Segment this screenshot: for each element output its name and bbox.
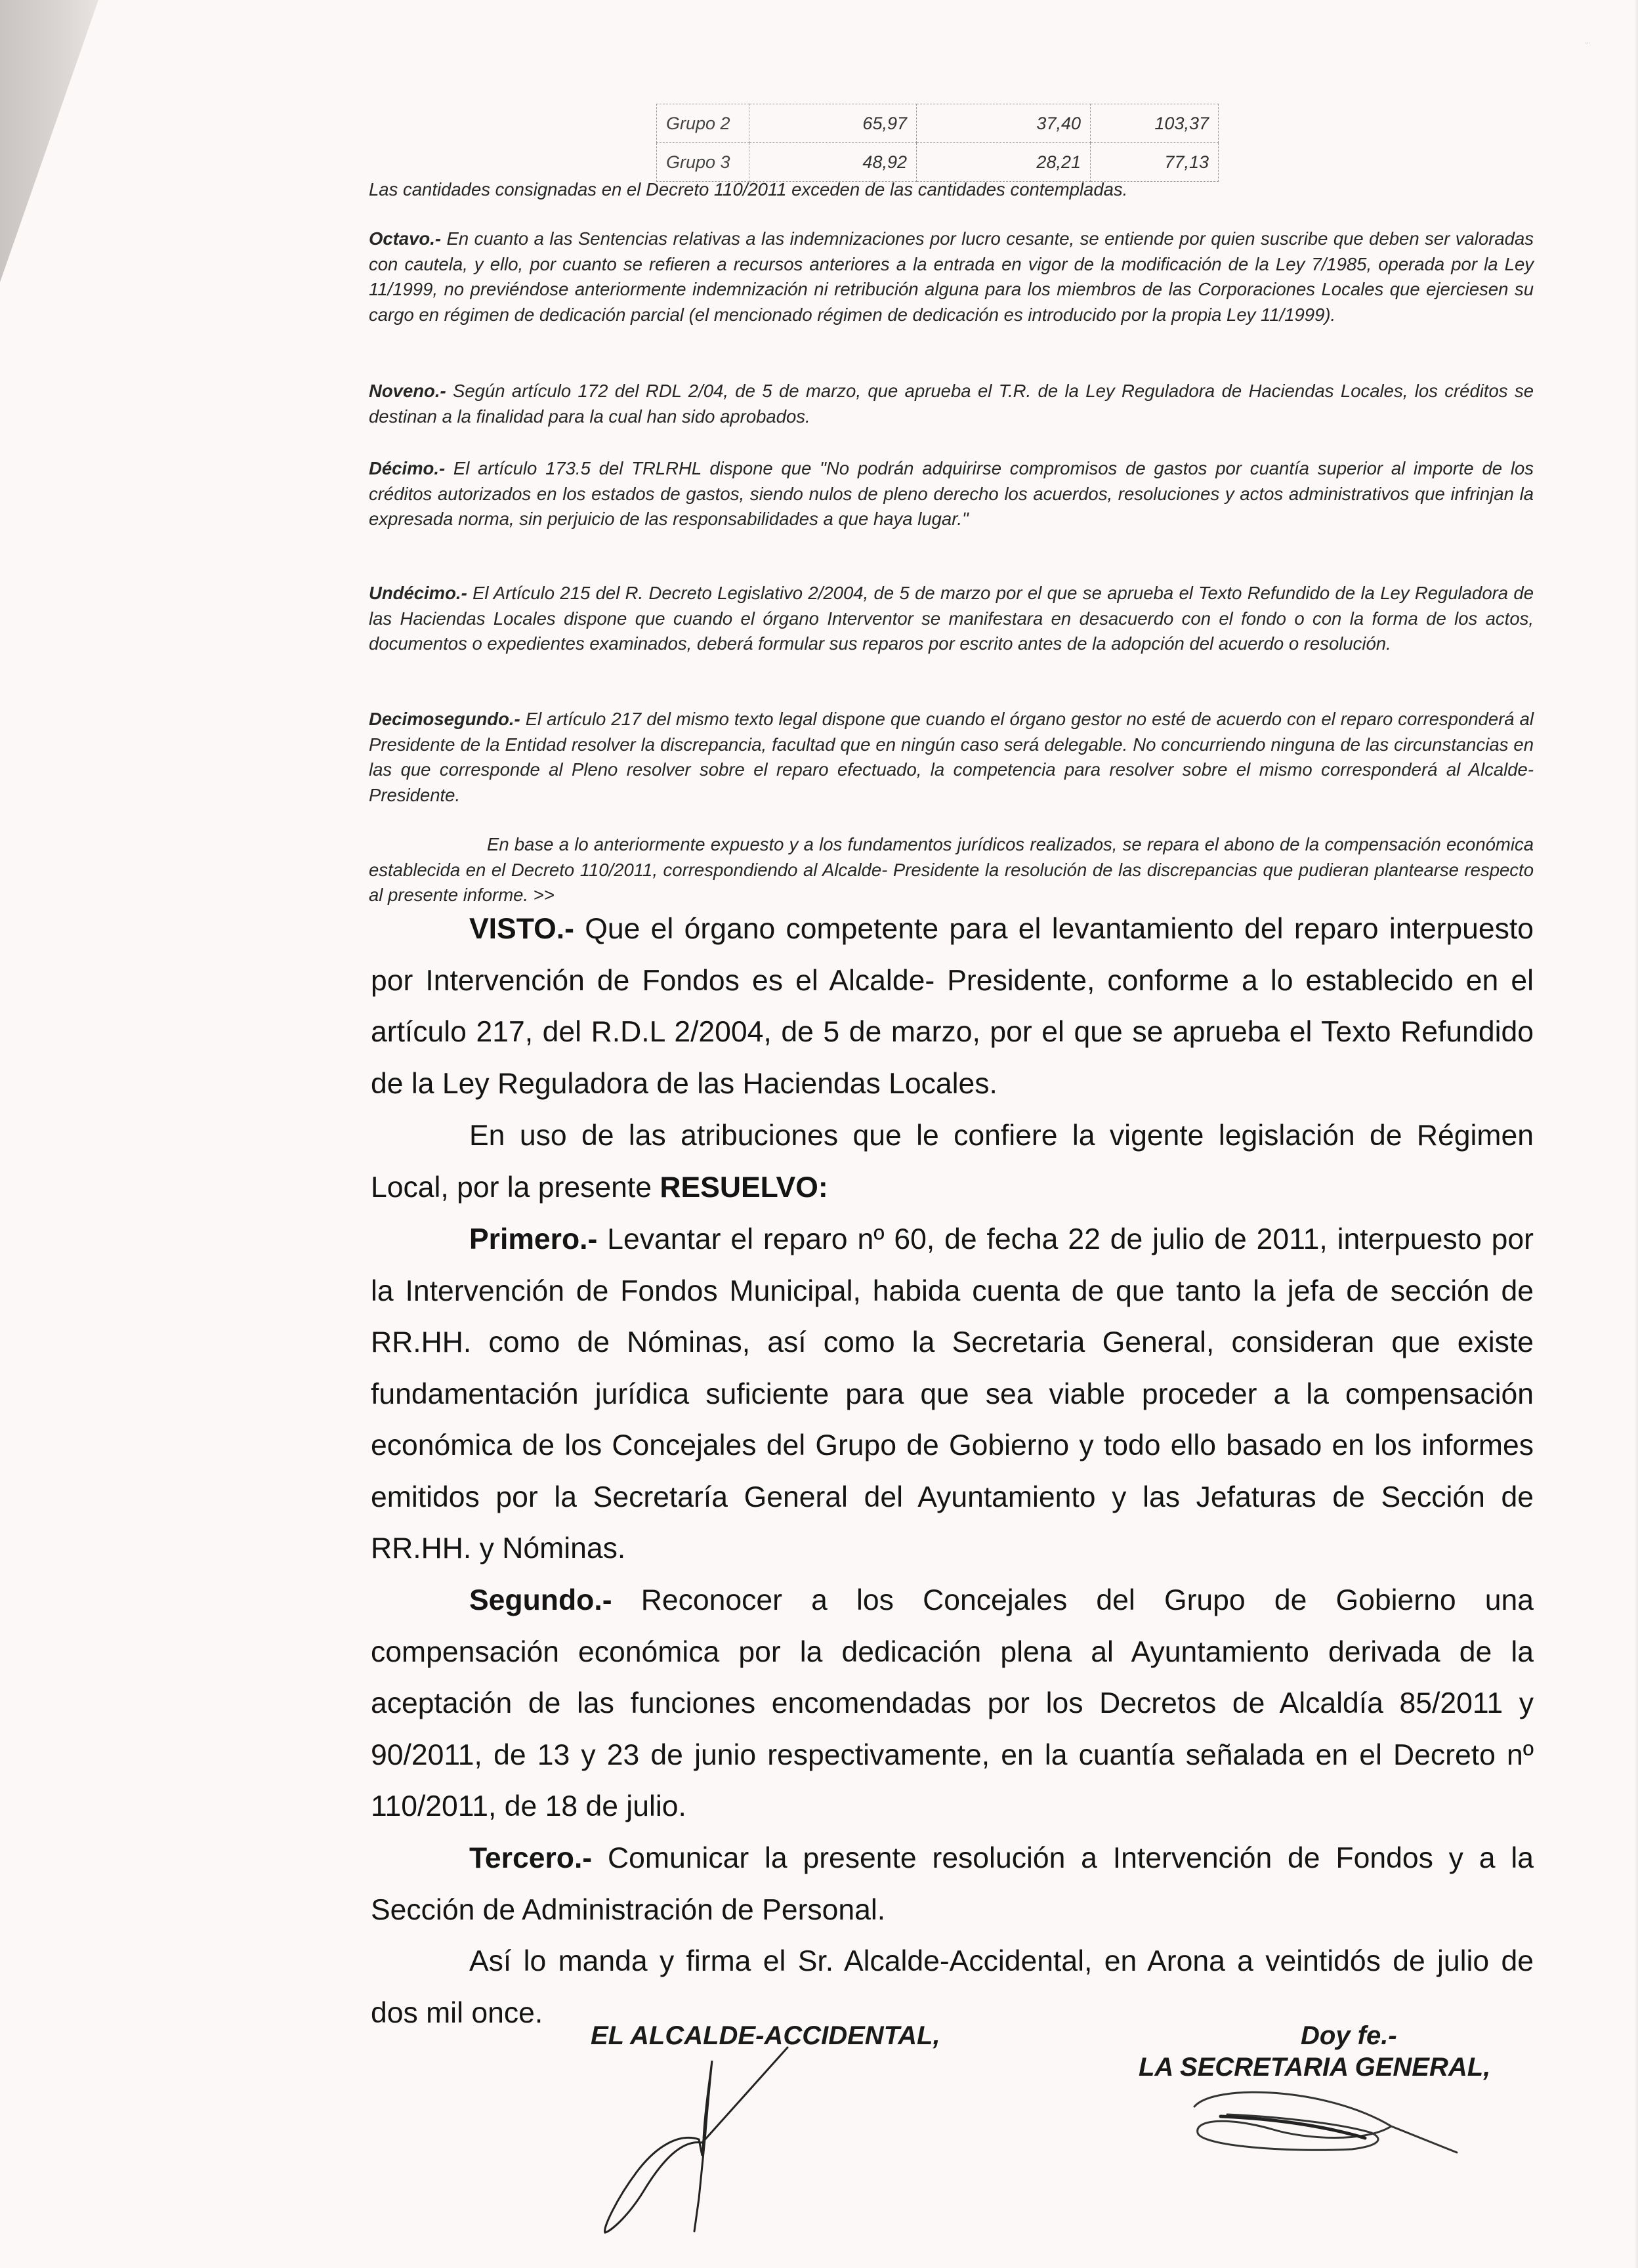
text-atribuciones: En uso de las atribuciones que le confie…	[371, 1120, 1534, 1204]
folded-page-corner	[0, 0, 98, 282]
heading-primero: Primero.-	[469, 1223, 597, 1255]
heading-segundo: Segundo.-	[469, 1584, 612, 1616]
paragraph-tercero: Tercero.- Comunicar la presente resoluci…	[371, 1833, 1534, 1936]
signature-secretaria-icon	[1175, 2080, 1516, 2159]
heading-decimo: Décimo.-	[369, 458, 445, 478]
table-row: Grupo 2 65,97 37,40 103,37	[657, 104, 1219, 143]
paragraph-segundo: Segundo.- Reconocer a los Concejales del…	[371, 1575, 1534, 1833]
attestation-label: Doy fe.-	[1301, 2021, 1397, 2051]
amount-cell: 37,40	[917, 104, 1091, 143]
text-undecimo: El Artículo 215 del R. Decreto Legislati…	[369, 583, 1534, 654]
keyword-resuelvo: RESUELVO:	[660, 1171, 828, 1204]
heading-noveno: Noveno.-	[369, 381, 446, 401]
text-octavo: En cuanto a las Sentencias relativas a l…	[369, 228, 1534, 325]
row-label: Grupo 3	[657, 143, 749, 182]
row-label: Grupo 2	[657, 104, 749, 143]
heading-undecimo: Undécimo.-	[369, 583, 467, 603]
table-row: Grupo 3 48,92 28,21 77,13	[657, 143, 1219, 182]
text-segundo: Reconocer a los Concejales del Grupo de …	[371, 1584, 1534, 1822]
amount-cell: 48,92	[749, 143, 917, 182]
signature-alcalde-icon	[564, 2034, 840, 2244]
text-primero: Levantar el reparo nº 60, de fecha 22 de…	[371, 1223, 1534, 1564]
paragraph-decimo: Décimo.- El artículo 173.5 del TRLRHL di…	[369, 456, 1534, 532]
paragraph-noveno: Noveno.- Según artículo 172 del RDL 2/04…	[369, 379, 1534, 429]
heading-visto: VISTO.-	[469, 913, 574, 945]
heading-decimosegundo: Decimosegundo.-	[369, 709, 520, 729]
paragraph-primero: Primero.- Levantar el reparo nº 60, de f…	[371, 1214, 1534, 1575]
paragraph-decimosegundo: Decimosegundo.- El artículo 217 del mism…	[369, 707, 1534, 808]
amount-cell: 28,21	[917, 143, 1091, 182]
total-cell: 77,13	[1091, 143, 1219, 182]
text-noveno: Según artículo 172 del RDL 2/04, de 5 de…	[369, 381, 1534, 427]
page-edge-shadow	[1634, 0, 1638, 2268]
corner-stamp: ···	[1585, 39, 1590, 46]
amounts-table: Grupo 2 65,97 37,40 103,37 Grupo 3 48,92…	[656, 104, 1219, 182]
paragraph-visto: VISTO.- Que el órgano competente para el…	[371, 904, 1534, 1110]
paragraph-conclusion: En base a lo anteriormente expuesto y a …	[369, 832, 1534, 908]
paragraph-undecimo: Undécimo.- El Artículo 215 del R. Decret…	[369, 581, 1534, 657]
total-cell: 103,37	[1091, 104, 1219, 143]
paragraph-atribuciones: En uso de las atribuciones que le confie…	[371, 1110, 1534, 1213]
signatory-title-secretaria: LA SECRETARIA GENERAL,	[1139, 2053, 1490, 2082]
text-decimosegundo: El artículo 217 del mismo texto legal di…	[369, 709, 1534, 805]
text-decimo: El artículo 173.5 del TRLRHL dispone que…	[369, 458, 1534, 529]
table-note: Las cantidades consignadas en el Decreto…	[369, 177, 1534, 203]
paragraph-octavo: Octavo.- En cuanto a las Sentencias rela…	[369, 226, 1534, 327]
heading-octavo: Octavo.-	[369, 228, 441, 249]
amount-cell: 65,97	[749, 104, 917, 143]
heading-tercero: Tercero.-	[469, 1842, 592, 1874]
